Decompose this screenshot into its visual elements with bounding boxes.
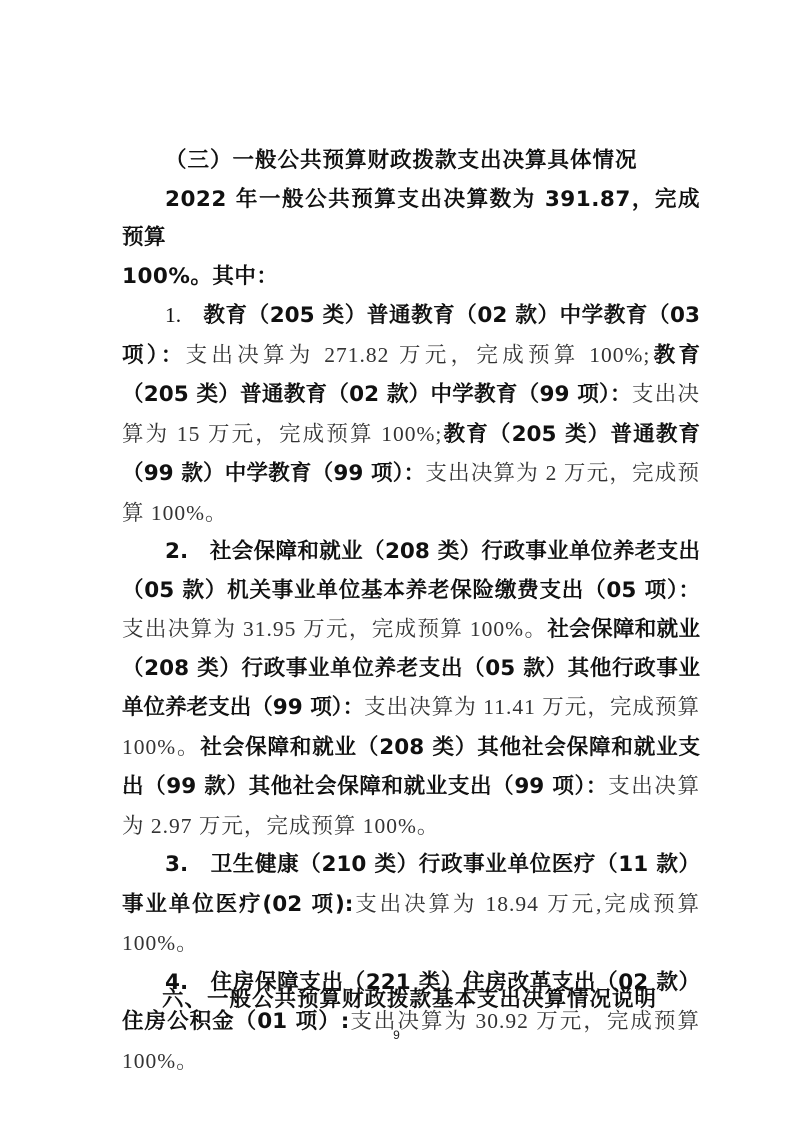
summary-text-cont: 100%。其中： [122, 264, 278, 289]
item-category: 社会保障和就业（208 类）行政事业单位养老支出（05 款）机关事业单位基本养老… [122, 539, 700, 603]
item-number: 2. [165, 539, 188, 564]
item-number: 1. [165, 303, 181, 327]
summary-text: 2022 年一般公共预算支出决算数为 391.87，完成预算 [122, 187, 700, 251]
list-item-3: 3. 卫生健康（210 类）行政事业单位医疗（11 款）事业单位医疗(02 项)… [122, 846, 700, 964]
summary-paragraph: 2022 年一般公共预算支出决算数为 391.87，完成预算 [122, 181, 700, 258]
item-number: 3. [165, 852, 188, 877]
subsection-title: （三）一般公共预算财政拨款支出决算具体情况 [122, 142, 700, 181]
summary-paragraph-cont: 100%。其中： [122, 258, 700, 297]
section-heading: 六、一般公共预算财政拨款基本支出决算情况说明 [162, 982, 682, 1013]
document-body: （三）一般公共预算财政拨款支出决算具体情况 2022 年一般公共预算支出决算数为… [122, 142, 700, 1081]
page-number: 9 [0, 1028, 793, 1042]
item-amount: 支出决算为 271.82 万元，完成预算 100%; [186, 343, 651, 367]
list-item-1: 1. 教育（205 类）普通教育（02 款）中学教育（03 项）：支出决算为 2… [122, 296, 700, 533]
item-amount: 支出决算为 31.95 万元，完成预算 100%。 [122, 617, 547, 641]
list-item-2: 2. 社会保障和就业（208 类）行政事业单位养老支出（05 款）机关事业单位基… [122, 533, 700, 846]
